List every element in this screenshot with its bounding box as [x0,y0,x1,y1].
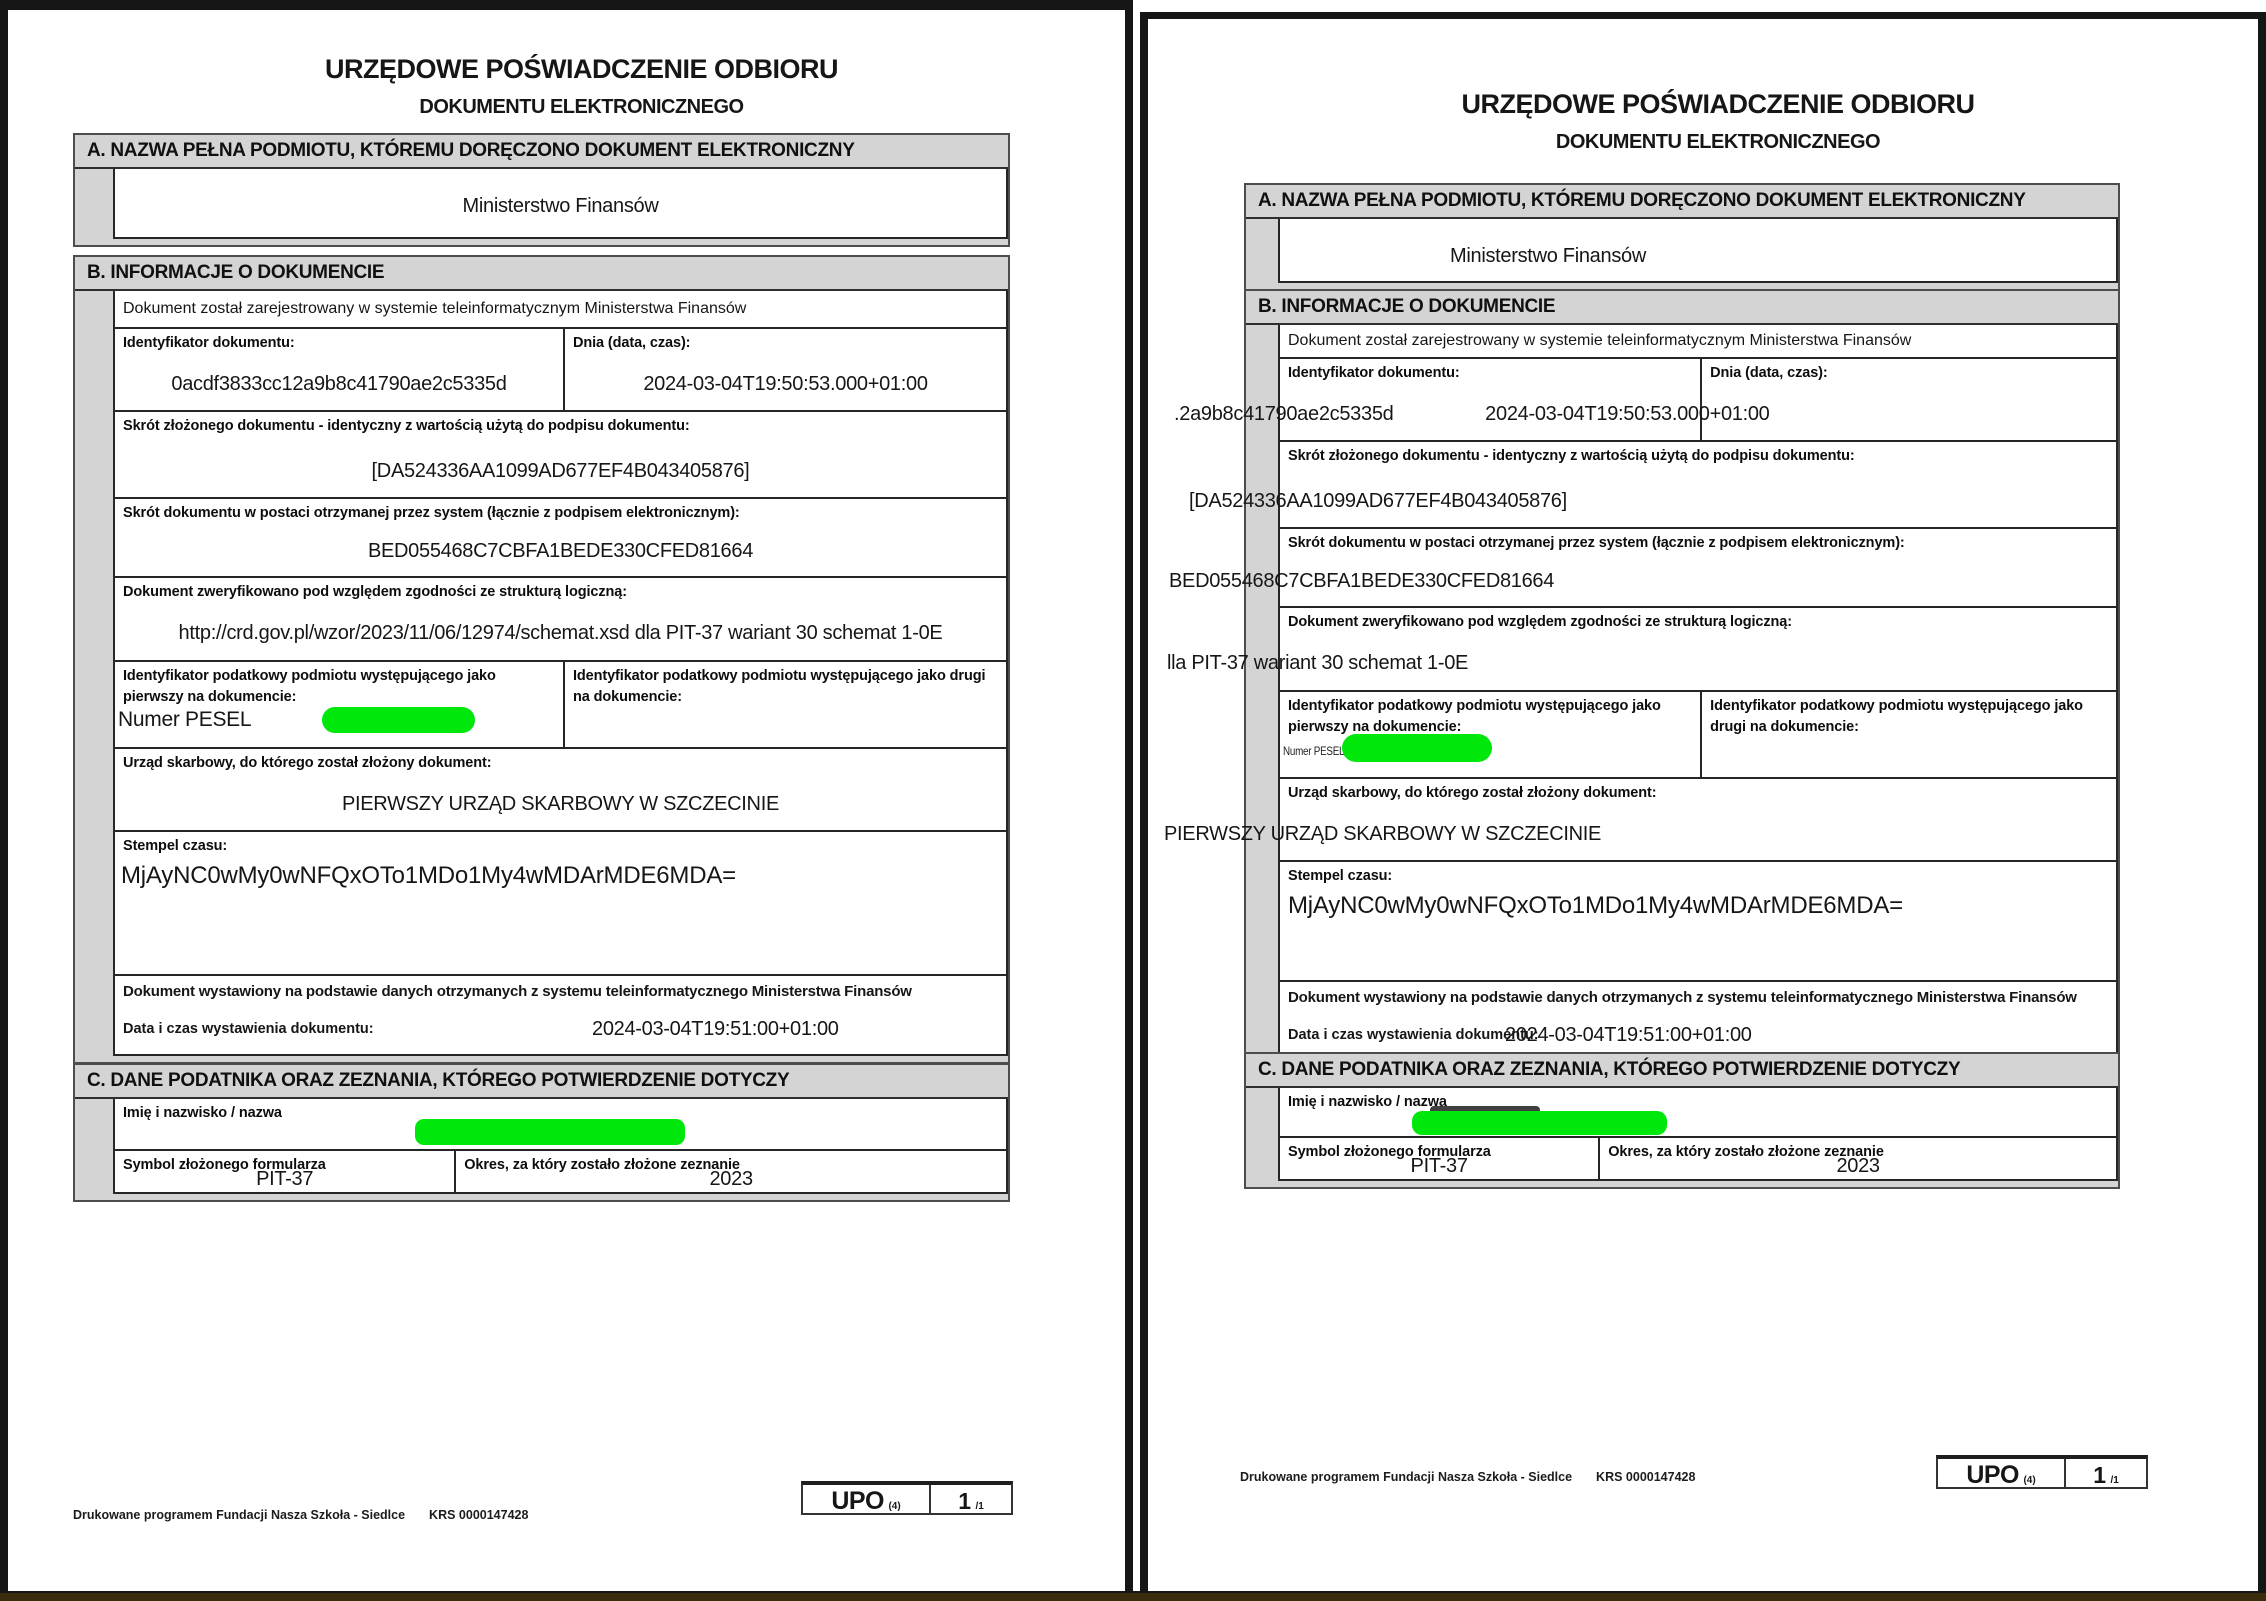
printed-by-text: Drukowane programem Fundacji Nasza Szkoł… [1240,1470,1572,1484]
cell-taxid-first: Identyfikator podatkowy podmiotu występu… [115,662,565,747]
cell-timestamp: Stempel czasu: MjAyNC0wMy0wNFQxOTo1MDo1M… [115,832,1006,974]
submitted-hash-label: Skrót złożonego dokumentu - identyczny z… [1288,446,2106,467]
upo-index: (4) [888,1501,900,1512]
section-c-body: Imię i nazwisko / nazwa Symbol złożonego… [1278,1088,2118,1181]
cell-submitted-hash: Skrót złożonego dokumentu - identyczny z… [115,412,1006,497]
cell-period: Okres, za który zostało złożone zeznanie… [1600,1138,2116,1179]
section-c-body: Imię i nazwisko / nazwa Symbol złożonego… [113,1099,1008,1194]
redaction-pesel [1342,734,1492,762]
upo-index: (4) [2023,1475,2035,1486]
date-value: 2024-03-04T19:50:53.000+01:00 [1485,403,1769,426]
registration-note: Dokument został zarejestrowany w systemi… [115,291,1006,327]
row-submitted-hash: Skrót złożonego dokumentu - identyczny z… [1280,440,2116,527]
section-b-header: B. INFORMACJE O DOKUMENCIE [1246,291,2118,325]
row-tax-office: Urząd skarbowy, do którego został złożon… [115,747,1006,830]
section-b-body: Dokument został zarejestrowany w systemi… [1278,325,2118,1062]
upo-label-cell: UPO (4) [1938,1459,2066,1487]
cell-taxid-first: Identyfikator podatkowy podmiotu występu… [1280,692,1702,777]
krs-number: KRS 0000147428 [429,1508,528,1522]
cell-tax-office: Urząd skarbowy, do którego został złożon… [115,749,1006,830]
row-timestamp: Stempel czasu: MjAyNC0wMy0wNFQxOTo1MDo1M… [115,830,1006,974]
cell-date: Dnia (data, czas): 2024-03-04T19:50:53.0… [565,329,1006,410]
tax-office-value: PIERWSZY URZĄD SKARBOWY W SZCZECINIE [115,793,1006,816]
cell-taxpayer-name: Imię i nazwisko / nazwa [115,1099,1006,1149]
cell-form-symbol: Symbol złożonego formularza PIT-37 [115,1151,456,1192]
page-number: 1 [958,1488,971,1514]
section-b: B. INFORMACJE O DOKUMENCIE Dokument zost… [73,255,1010,1064]
received-hash-value: BED055468C7CBFA1BEDE330CFED81664 [1169,570,1554,593]
recipient-name: Ministerstwo Finansów [115,195,1006,218]
section-a-body: Ministerstwo Finansów [1278,219,2118,283]
issued-note: Dokument wystawiony na podstawie danych … [1288,989,2077,1006]
schema-label: Dokument zweryfikowano pod względem zgod… [123,582,996,603]
document-id-value: 0acdf3833cc12a9b8c41790ae2c5335d [115,373,563,396]
date-label: Dnia (data, czas): [573,333,996,354]
section-a: A. NAZWA PEŁNA PODMIOTU, KTÓREMU DORĘCZO… [1244,183,2120,291]
upo-page-cell: 1 /1 [2066,1459,2146,1487]
issued-label: Data i czas wystawienia dokumentu: [123,1021,374,1037]
pesel-label: Numer PESEL [118,708,251,732]
row-issued: Dokument wystawiony na podstawie danych … [115,974,1006,1054]
page-number: 1 [2093,1462,2106,1488]
document-page-left: URZĘDOWE POŚWIADCZENIE ODBIORU DOKUMENTU… [0,0,1133,1593]
form-symbol-value: PIT-37 [1280,1155,1598,1178]
page-total: /1 [2110,1475,2118,1486]
section-b: B. INFORMACJE O DOKUMENCIE Dokument zost… [1244,289,2120,1070]
form-symbol-value: PIT-37 [115,1168,454,1191]
cell-schema: Dokument zweryfikowano pod względem zgod… [115,578,1006,660]
cell-taxpayer-name: Imię i nazwisko / nazwa [1280,1088,2116,1136]
row-taxpayer-name: Imię i nazwisko / nazwa [1280,1088,2116,1136]
cell-taxid-second: Identyfikator podatkowy podmiotu występu… [1702,692,2116,777]
cell-received-hash: Skrót dokumentu w postaci otrzymanej prz… [1280,529,2116,606]
tax-office-value: PIERWSZY URZĄD SKARBOWY W SZCZECINIE [1164,823,1601,846]
timestamp-value: MjAyNC0wMy0wNFQxOTo1MDo1My4wMDArMDE6MDA= [121,862,736,890]
issued-value: 2024-03-04T19:51:00+01:00 [1505,1024,1752,1047]
cell-issued: Dokument wystawiony na podstawie danych … [115,976,1006,1054]
upo-label: UPO [831,1487,884,1515]
doc-title-line2: DOKUMENTU ELEKTRONICZNEGO [1148,131,2258,154]
upo-label: UPO [1966,1461,2019,1489]
received-hash-label: Skrót dokumentu w postaci otrzymanej prz… [1288,533,2106,554]
row-submitted-hash: Skrót złożonego dokumentu - identyczny z… [115,410,1006,497]
section-a-body: Ministerstwo Finansów [113,169,1008,239]
date-value: 2024-03-04T19:50:53.000+01:00 [565,373,1006,396]
taxid-first-label: Identyfikator podatkowy podmiotu występu… [1288,696,1690,738]
redaction-name [1412,1111,1667,1135]
submitted-hash-label: Skrót złożonego dokumentu - identyczny z… [123,416,996,437]
date-label: Dnia (data, czas): [1710,363,2106,384]
footer: Drukowane programem Fundacji Nasza Szkoł… [1240,1470,1695,1484]
section-a: A. NAZWA PEŁNA PODMIOTU, KTÓREMU DORĘCZO… [73,133,1010,247]
row-document-id: Identyfikator dokumentu: 0acdf3833cc12a9… [115,327,1006,410]
cell-issued: Dokument wystawiony na podstawie danych … [1280,982,2116,1060]
printed-by-text: Drukowane programem Fundacji Nasza Szkoł… [73,1508,405,1522]
row-tax-office: Urząd skarbowy, do którego został złożon… [1280,777,2116,860]
taxid-first-label: Identyfikator podatkowy podmiotu występu… [123,666,553,708]
row-document-id: Identyfikator dokumentu: .2a9b8c41790ae2… [1280,357,2116,440]
row-timestamp: Stempel czasu: MjAyNC0wMy0wNFQxOTo1MDo1M… [1280,860,2116,980]
taxpayer-name-label: Imię i nazwisko / nazwa [1288,1092,2106,1113]
document-id-value-truncated: .2a9b8c41790ae2c5335d [1174,403,1393,426]
document-id-label: Identyfikator dokumentu: [1288,363,1690,384]
period-value: 2023 [456,1168,1006,1191]
cell-tax-office: Urząd skarbowy, do którego został złożon… [1280,779,2116,860]
cell-form-symbol: Symbol złożonego formularza PIT-37 [1280,1138,1600,1179]
section-a-header: A. NAZWA PEŁNA PODMIOTU, KTÓREMU DORĘCZO… [75,135,1008,169]
section-c-header: C. DANE PODATNIKA ORAZ ZEZNANIA, KTÓREGO… [75,1065,1008,1099]
period-value: 2023 [1600,1155,2116,1178]
bottom-strip [0,1591,2266,1601]
row-received-hash: Skrót dokumentu w postaci otrzymanej prz… [1280,527,2116,606]
row-schema: Dokument zweryfikowano pod względem zgod… [115,576,1006,660]
issued-note: Dokument wystawiony na podstawie danych … [123,983,912,1000]
section-b-header: B. INFORMACJE O DOKUMENCIE [75,257,1008,291]
upo-label-cell: UPO (4) [803,1485,931,1513]
section-b-body: Dokument został zarejestrowany w systemi… [113,291,1008,1056]
received-hash-label: Skrót dokumentu w postaci otrzymanej prz… [123,503,996,524]
cell-period: Okres, za który zostało złożone zeznanie… [456,1151,1006,1192]
row-tax-ids: Identyfikator podatkowy podmiotu występu… [115,660,1006,747]
timestamp-value: MjAyNC0wMy0wNFQxOTo1MDo1My4wMDArMDE6MDA= [1288,892,1903,920]
document-page-right: URZĘDOWE POŚWIADCZENIE ODBIORU DOKUMENTU… [1140,12,2266,1593]
cell-taxid-second: Identyfikator podatkowy podmiotu występu… [565,662,1006,747]
tax-office-label: Urząd skarbowy, do którego został złożon… [123,753,996,774]
krs-number: KRS 0000147428 [1596,1470,1695,1484]
section-a-header: A. NAZWA PEŁNA PODMIOTU, KTÓREMU DORĘCZO… [1246,185,2118,219]
row-taxpayer-name: Imię i nazwisko / nazwa [115,1099,1006,1149]
redaction-name [415,1119,685,1145]
taxid-second-label: Identyfikator podatkowy podmiotu występu… [573,666,996,708]
footer: Drukowane programem Fundacji Nasza Szkoł… [73,1508,528,1522]
cell-received-hash: Skrót dokumentu w postaci otrzymanej prz… [115,499,1006,576]
section-c: C. DANE PODATNIKA ORAZ ZEZNANIA, KTÓREGO… [1244,1052,2120,1189]
cell-date: Dnia (data, czas): 2024-03-04T19:50:53.0… [1702,359,2116,440]
pesel-label: Numer PESEL [1283,744,1344,758]
issued-value: 2024-03-04T19:51:00+01:00 [592,1018,839,1041]
row-received-hash: Skrót dokumentu w postaci otrzymanej prz… [115,497,1006,576]
screenshot-stage: URZĘDOWE POŚWIADCZENIE ODBIORU DOKUMENTU… [0,0,2266,1601]
schema-value: http://crd.gov.pl/wzor/2023/11/06/12974/… [115,622,1006,645]
schema-label: Dokument zweryfikowano pod względem zgod… [1288,612,2106,633]
issued-label: Data i czas wystawienia dokumentu: [1288,1027,1539,1043]
redaction-pesel [322,707,475,733]
registration-note: Dokument został zarejestrowany w systemi… [1280,325,2116,357]
submitted-hash-value: [DA524336AA1099AD677EF4B043405876] [115,460,1006,483]
section-c-header: C. DANE PODATNIKA ORAZ ZEZNANIA, KTÓREGO… [1246,1054,2118,1088]
taxid-second-label: Identyfikator podatkowy podmiotu występu… [1710,696,2106,738]
row-schema: Dokument zweryfikowano pod względem zgod… [1280,606,2116,690]
recipient-name: Ministerstwo Finansów [1450,245,1646,268]
row-form-period: Symbol złożonego formularza PIT-37 Okres… [115,1149,1006,1192]
row-tax-ids: Identyfikator podatkowy podmiotu występu… [1280,690,2116,777]
doc-title-line1: URZĘDOWE POŚWIADCZENIE ODBIORU [8,54,1125,85]
tax-office-label: Urząd skarbowy, do którego został złożon… [1288,783,2106,804]
document-id-label: Identyfikator dokumentu: [123,333,553,354]
cell-document-id: Identyfikator dokumentu: 0acdf3833cc12a9… [115,329,565,410]
row-form-period: Symbol złożonego formularza PIT-37 Okres… [1280,1136,2116,1179]
submitted-hash-value: [DA524336AA1099AD677EF4B043405876] [1189,490,1567,513]
cell-timestamp: Stempel czasu: MjAyNC0wMy0wNFQxOTo1MDo1M… [1280,862,2116,980]
cell-submitted-hash: Skrót złożonego dokumentu - identyczny z… [1280,442,2116,527]
doc-title-line2: DOKUMENTU ELEKTRONICZNEGO [8,96,1125,119]
row-issued: Dokument wystawiony na podstawie danych … [1280,980,2116,1060]
cell-schema: Dokument zweryfikowano pod względem zgod… [1280,608,2116,690]
received-hash-value: BED055468C7CBFA1BEDE330CFED81664 [115,540,1006,563]
doc-title-line1: URZĘDOWE POŚWIADCZENIE ODBIORU [1148,89,2258,120]
upo-box: UPO (4) 1 /1 [801,1481,1013,1515]
upo-box: UPO (4) 1 /1 [1936,1455,2148,1489]
section-c: C. DANE PODATNIKA ORAZ ZEZNANIA, KTÓREGO… [73,1063,1010,1202]
upo-page-cell: 1 /1 [931,1485,1011,1513]
schema-value-truncated: lla PIT-37 wariant 30 schemat 1-0E [1167,652,1468,675]
timestamp-label: Stempel czasu: [123,836,996,857]
page-total: /1 [975,1501,983,1512]
timestamp-label: Stempel czasu: [1288,866,2106,887]
cell-document-id: Identyfikator dokumentu: .2a9b8c41790ae2… [1280,359,1702,440]
